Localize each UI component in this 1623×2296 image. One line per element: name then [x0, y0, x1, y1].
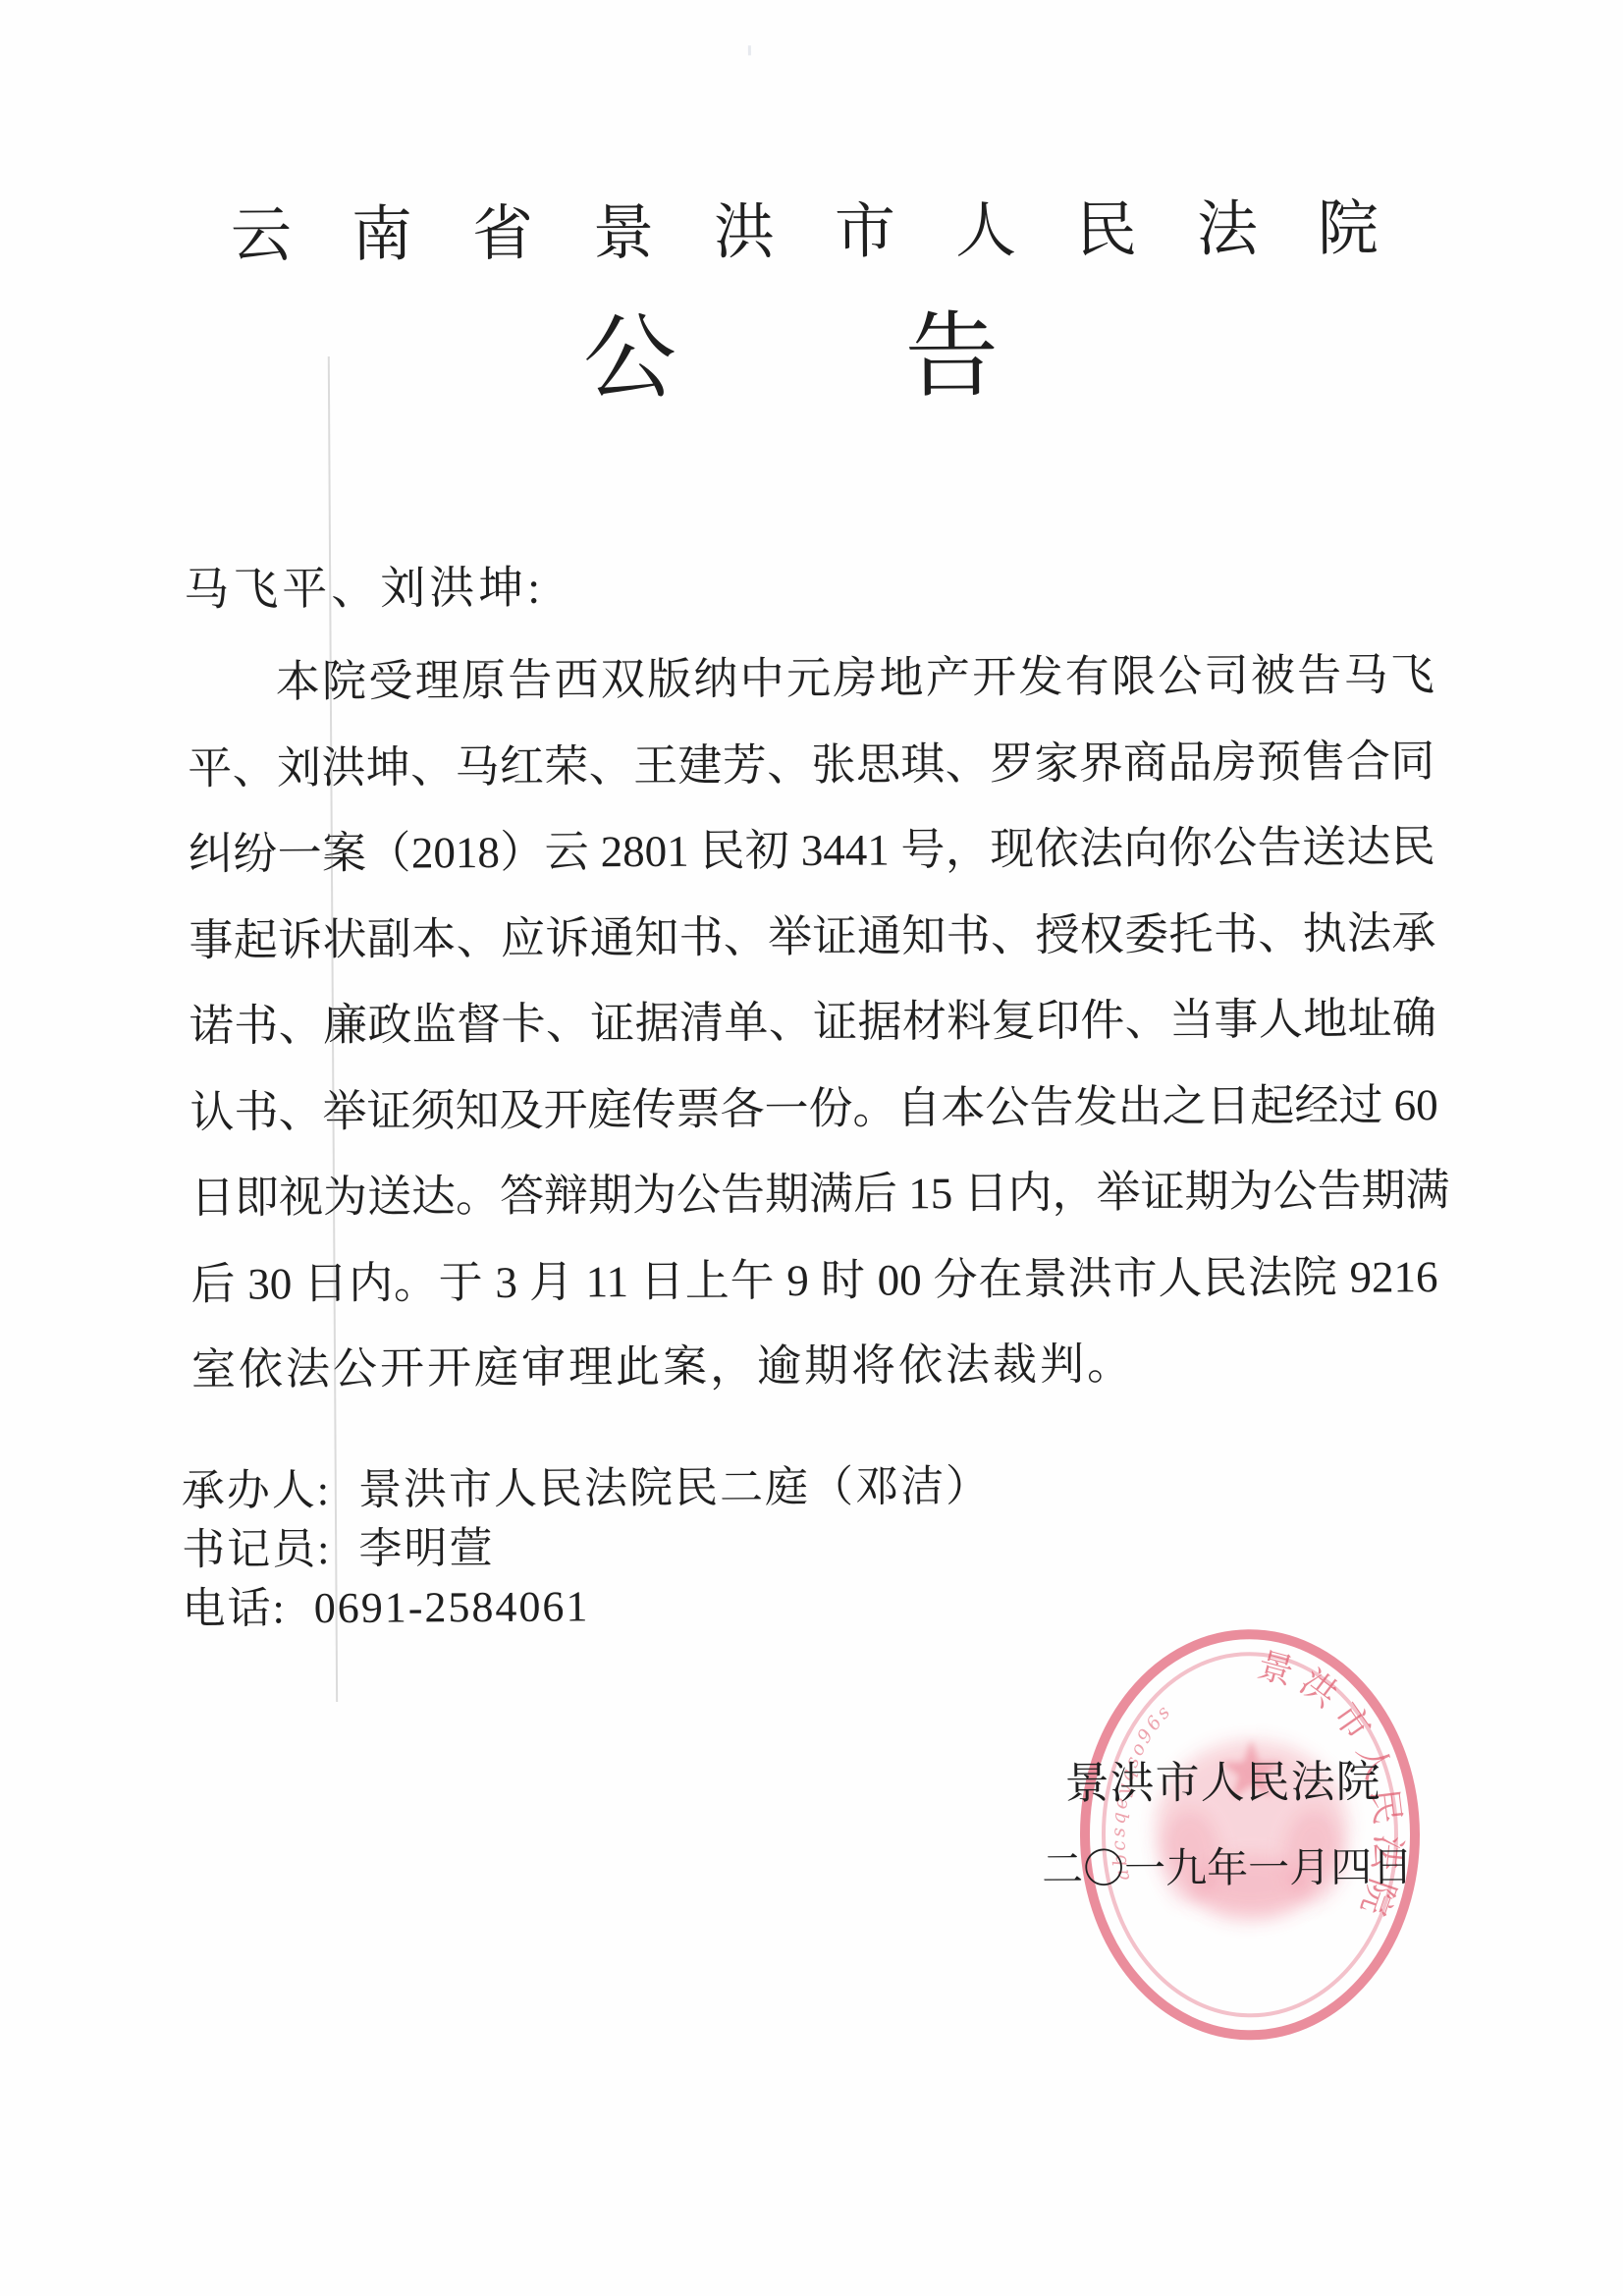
undertaker-value: 景洪市人民法院民二庭（邓洁）: [358, 1457, 991, 1520]
clerk-value: 李明萱: [358, 1519, 494, 1579]
contact-block: 承办人: 景洪市人民法院民二庭（邓洁） 书记员: 李明萱 电话: 0691-25…: [182, 1457, 992, 1639]
scanned-content: 云南省景洪市人民法院 公告 马飞平、刘洪坤: 本院受理原告西双版纳中元房地产开发…: [0, 0, 1623, 2296]
body-line: 认书、举证须知及开庭传票各一份。自本公告发出之日起经过 60: [189, 1063, 1437, 1156]
document-page: 云南省景洪市人民法院 公告 马飞平、刘洪坤: 本院受理原告西双版纳中元房地产开发…: [0, 0, 1623, 2296]
clerk-row: 书记员: 李明萱: [182, 1516, 992, 1580]
undertaker-label: 承办人:: [182, 1461, 332, 1521]
announcement-body: 本院受理原告西双版纳中元房地产开发有限公司被告马飞 平、刘洪坤、马红荣、王建芳、…: [188, 632, 1439, 1413]
undertaker-row: 承办人: 景洪市人民法院民二庭（邓洁）: [182, 1457, 992, 1521]
phone-value: 0691-2584061: [314, 1577, 590, 1638]
announcement-title: 公告: [582, 280, 1227, 417]
body-line: 纠纷一案（2018）云 2801 民初 3441 号，现依法向你公告送达民: [189, 804, 1436, 898]
phone-label: 电话:: [182, 1579, 287, 1639]
body-line: 事起诉状副本、应诉通知书、举证通知书、授权委托书、执法承: [189, 891, 1436, 984]
signature-date: 二〇一九年一月四日: [1042, 1834, 1413, 1895]
phone-row: 电话: 0691-2584061: [182, 1575, 992, 1639]
salutation: 马飞平、刘洪坤:: [184, 552, 544, 619]
body-line: 平、刘洪坤、马红荣、王建芳、张思琪、罗家界商品房预售合同: [188, 719, 1435, 812]
scan-artifact-dot: [748, 45, 751, 55]
clerk-label: 书记员:: [182, 1520, 332, 1580]
body-line: 后 30 日内。于 3 月 11 日上午 9 时 00 分在景洪市人民法院 92…: [190, 1234, 1438, 1328]
body-line: 诺书、廉政监督卡、证据清单、证据材料复印件、当事人地址确: [189, 976, 1437, 1069]
body-line: 室依法公开开庭审理此案，逾期将依法裁判。: [191, 1320, 1439, 1413]
body-line: 日即视为送达。答辩期为公告期满后 15 日内，举证期为公告期满: [190, 1148, 1438, 1241]
signature-court-name: 景洪市人民法院: [1064, 1745, 1380, 1811]
body-line: 本院受理原告西双版纳中元房地产开发有限公司被告马飞: [188, 632, 1435, 726]
court-title: 云南省景洪市人民法院: [231, 179, 1439, 274]
